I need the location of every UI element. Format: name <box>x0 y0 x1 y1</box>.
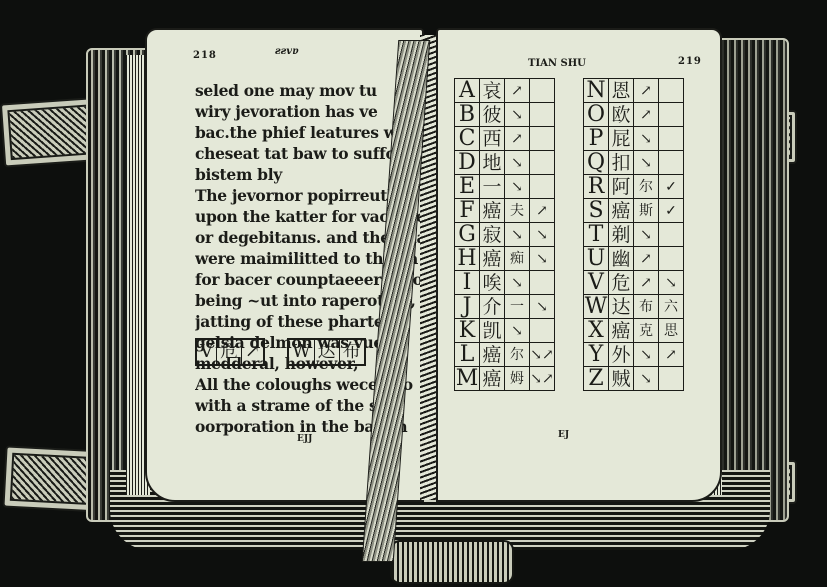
latin-letter-cell: B <box>455 103 480 127</box>
latin-letter-cell: H <box>455 247 480 271</box>
right-folio: 219 <box>678 56 702 67</box>
table-cell: ↘ <box>634 223 659 247</box>
table-cell <box>530 103 555 127</box>
latin-letter-cell: S <box>584 199 609 223</box>
column-gap <box>555 127 584 151</box>
table-cell: ↘ <box>505 151 530 175</box>
table-row: F癌夫↗S癌斯✓ <box>455 199 684 223</box>
table-cell: ↗ <box>530 199 555 223</box>
table-cell: ↗ <box>659 343 684 367</box>
text-line: cheseat tat baw to suffotsta <box>195 143 420 164</box>
column-gap <box>555 151 584 175</box>
table-row: J介一↘W达布六 <box>455 295 684 319</box>
table-cell: ↘ <box>530 295 555 319</box>
table-cell: ↘ <box>634 367 659 391</box>
latin-letter-cell: C <box>455 127 480 151</box>
column-gap <box>555 367 584 391</box>
table-cell: ↗ <box>634 271 659 295</box>
table-cell: ↗ <box>505 79 530 103</box>
table-cell <box>659 223 684 247</box>
example-box-v: V 危 ↗ <box>195 338 265 366</box>
table-cell: 扣 <box>609 151 634 175</box>
left-running-head: ƨƨvɐ <box>275 46 299 57</box>
column-gap <box>555 103 584 127</box>
latin-letter-cell: E <box>455 175 480 199</box>
box-cell: 布 <box>340 340 364 364</box>
example-boxes: V 危 ↗ W 达 布 <box>195 338 366 366</box>
table-cell: 一 <box>505 295 530 319</box>
table-cell: 危 <box>609 271 634 295</box>
table-cell: 恩 <box>609 79 634 103</box>
latin-letter-cell: I <box>455 271 480 295</box>
table-cell <box>530 175 555 199</box>
latin-letter-cell: W <box>584 295 609 319</box>
box-cell: 危 <box>217 340 242 364</box>
table-cell: 六 <box>659 295 684 319</box>
table-cell: ↘ <box>505 319 530 343</box>
latin-letter-cell: M <box>455 367 480 391</box>
table-cell: 彼 <box>480 103 505 127</box>
latin-letter-cell: L <box>455 343 480 367</box>
table-cell: 癌 <box>609 199 634 223</box>
text-line: bistem bly <box>195 164 420 185</box>
latin-letter-cell: F <box>455 199 480 223</box>
table-cell: 地 <box>480 151 505 175</box>
latin-letter-cell: J <box>455 295 480 319</box>
column-gap <box>555 247 584 271</box>
table-cell: ✓ <box>659 175 684 199</box>
table-cell: 斯 <box>634 199 659 223</box>
table-row: L癌尔↘↗Y外↘↗ <box>455 343 684 367</box>
table-cell <box>530 271 555 295</box>
table-cell: 屁 <box>609 127 634 151</box>
table-cell: ↗ <box>505 127 530 151</box>
table-cell: 姆 <box>505 367 530 391</box>
box-cell: V <box>197 340 217 364</box>
table-cell: 癌 <box>480 367 505 391</box>
spine-foot <box>390 540 514 584</box>
text-line: bac.the phief leatures wh <box>195 122 420 143</box>
table-row: D地↘Q扣↘ <box>455 151 684 175</box>
column-gap <box>555 175 584 199</box>
right-cover <box>715 38 789 522</box>
table-cell: ↘ <box>505 271 530 295</box>
box-cell: ↗ <box>242 340 263 364</box>
table-cell: 寂 <box>480 223 505 247</box>
table-cell: ↘ <box>634 151 659 175</box>
table-row: G寂↘↘T剃↘ <box>455 223 684 247</box>
example-box-w: W 达 布 <box>287 338 366 366</box>
table-cell <box>659 103 684 127</box>
latin-letter-cell: Y <box>584 343 609 367</box>
table-cell: 癌 <box>480 247 505 271</box>
table-cell: ↗ <box>634 247 659 271</box>
table-cell: 达 <box>609 295 634 319</box>
table-cell: 思 <box>659 319 684 343</box>
table-cell <box>659 151 684 175</box>
latin-letter-cell: N <box>584 79 609 103</box>
left-signature-mark: EJJ <box>297 434 312 444</box>
table-cell: 痴 <box>505 247 530 271</box>
table-row: K凯↘X癌克思 <box>455 319 684 343</box>
table-cell <box>530 79 555 103</box>
table-cell: 欧 <box>609 103 634 127</box>
table-cell: 尔 <box>505 343 530 367</box>
table-cell: ↘ <box>505 175 530 199</box>
table-row: C西↗P屁↘ <box>455 127 684 151</box>
table-row: B彼↘O欧↗ <box>455 103 684 127</box>
latin-letter-cell: V <box>584 271 609 295</box>
table-cell: ↘ <box>505 103 530 127</box>
table-cell: 贼 <box>609 367 634 391</box>
box-cell: 达 <box>315 340 340 364</box>
table-cell: 克 <box>634 319 659 343</box>
table-cell: 一 <box>480 175 505 199</box>
cipher-table: A哀↗N恩↗B彼↘O欧↗C西↗P屁↘D地↘Q扣↘E一↘R阿尔✓F癌夫↗S癌斯✓G… <box>454 78 684 391</box>
column-gap <box>555 343 584 367</box>
table-cell: ↘ <box>505 223 530 247</box>
text-line: seled one may mov tu <box>195 80 420 101</box>
text-line: wiry jevoration has ve <box>195 101 420 122</box>
table-cell: 唉 <box>480 271 505 295</box>
column-gap <box>555 319 584 343</box>
left-folio: 218 <box>193 50 217 61</box>
right-page: TIAN SHU 219 A哀↗N恩↗B彼↘O欧↗C西↗P屁↘D地↘Q扣↘E一↘… <box>436 28 722 502</box>
table-cell: 外 <box>609 343 634 367</box>
table-cell: 布 <box>634 295 659 319</box>
table-cell: ↘ <box>634 127 659 151</box>
table-cell <box>659 367 684 391</box>
column-gap <box>555 79 584 103</box>
latin-letter-cell: R <box>584 175 609 199</box>
table-cell <box>530 127 555 151</box>
latin-letter-cell: A <box>455 79 480 103</box>
table-cell: 癌 <box>480 343 505 367</box>
table-cell: ↘ <box>530 223 555 247</box>
latin-letter-cell: Z <box>584 367 609 391</box>
table-cell: 剃 <box>609 223 634 247</box>
table-cell: 凯 <box>480 319 505 343</box>
latin-letter-cell: O <box>584 103 609 127</box>
right-signature-mark: EJ <box>558 430 569 440</box>
box-cell: W <box>289 340 315 364</box>
latin-letter-cell: Q <box>584 151 609 175</box>
table-cell: ↗ <box>634 79 659 103</box>
column-gap <box>555 295 584 319</box>
table-row: E一↘R阿尔✓ <box>455 175 684 199</box>
latin-letter-cell: D <box>455 151 480 175</box>
column-gap <box>555 199 584 223</box>
table-cell: 西 <box>480 127 505 151</box>
table-cell: ↗ <box>634 103 659 127</box>
table-cell <box>530 151 555 175</box>
table-cell: ↘↗ <box>530 343 555 367</box>
table-cell <box>659 247 684 271</box>
table-cell: ↘ <box>530 247 555 271</box>
table-cell: ✓ <box>659 199 684 223</box>
table-cell: ↘ <box>659 271 684 295</box>
table-row: A哀↗N恩↗ <box>455 79 684 103</box>
table-cell: 尔 <box>634 175 659 199</box>
table-cell <box>659 79 684 103</box>
latin-letter-cell: U <box>584 247 609 271</box>
table-row: H癌痴↘U幽↗ <box>455 247 684 271</box>
table-cell: 癌 <box>480 199 505 223</box>
latin-letter-cell: T <box>584 223 609 247</box>
latin-letter-cell: G <box>455 223 480 247</box>
table-cell: 哀 <box>480 79 505 103</box>
table-cell <box>530 319 555 343</box>
latin-letter-cell: P <box>584 127 609 151</box>
column-gap <box>555 223 584 247</box>
table-cell: 癌 <box>609 319 634 343</box>
table-row: I唉↘V危↗↘ <box>455 271 684 295</box>
open-book-illustration: 218 ƨƨvɐ seled one may mov tu wiry jevor… <box>0 0 827 587</box>
table-cell: 阿 <box>609 175 634 199</box>
table-cell <box>659 127 684 151</box>
table-cell: 幽 <box>609 247 634 271</box>
table-row: M癌姆↘↗Z贼↘ <box>455 367 684 391</box>
table-cell: 夫 <box>505 199 530 223</box>
right-running-head: TIAN SHU <box>528 58 586 69</box>
latin-letter-cell: K <box>455 319 480 343</box>
table-cell: ↘↗ <box>530 367 555 391</box>
latin-letter-cell: X <box>584 319 609 343</box>
table-cell: ↘ <box>634 343 659 367</box>
table-cell: 介 <box>480 295 505 319</box>
column-gap <box>555 271 584 295</box>
